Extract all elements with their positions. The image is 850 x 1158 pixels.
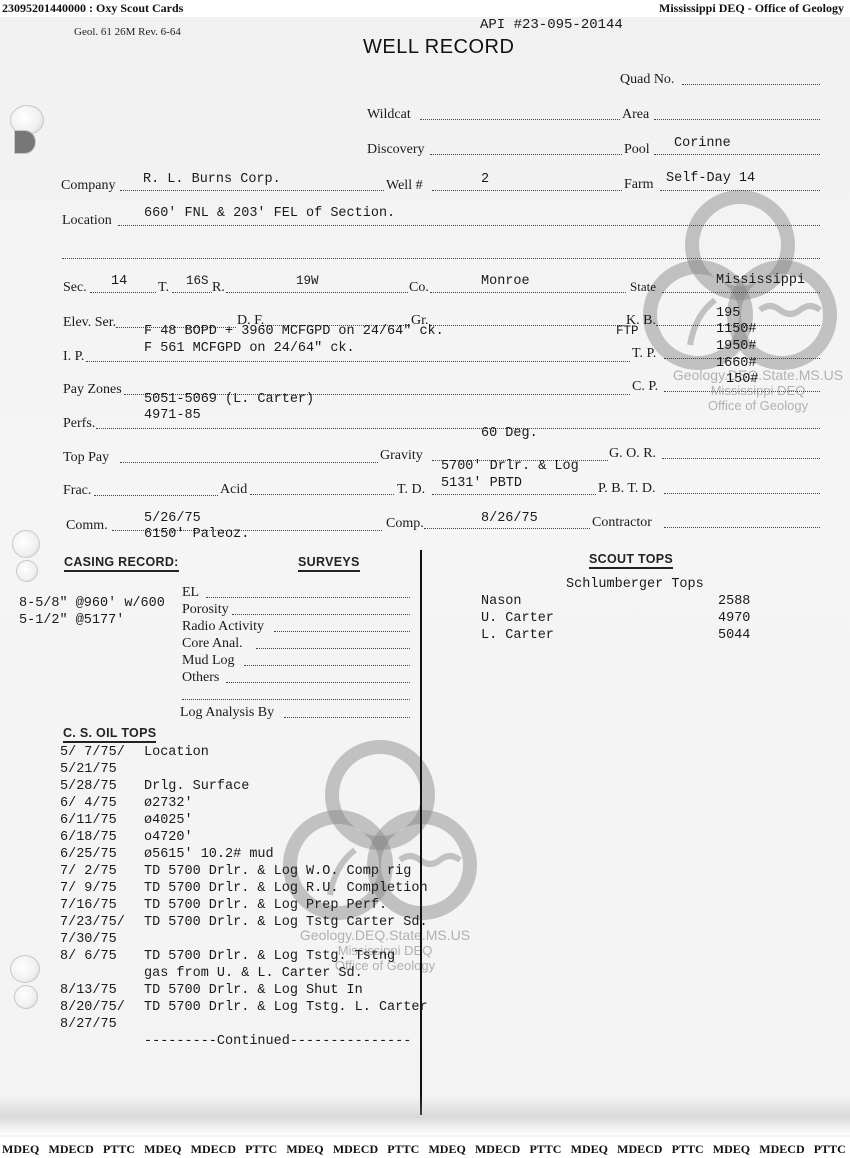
- discovery-field[interactable]: [430, 154, 622, 155]
- footer-item: MDECD: [49, 1140, 94, 1158]
- footer-item: PTTC: [245, 1140, 277, 1158]
- footer-item: MDECD: [475, 1140, 520, 1158]
- oil-top-date: 7/ 2/75: [60, 864, 144, 879]
- acid-field[interactable]: [250, 494, 394, 495]
- scout-top-name: Nason: [481, 594, 522, 609]
- oil-top-row: 5/21/75: [60, 762, 144, 777]
- casing-line-2: 5-1/2" @5177': [19, 613, 124, 628]
- oil-top-date: 5/ 7/75/: [60, 745, 144, 760]
- comm-label: Comm.: [66, 518, 108, 534]
- oil-top-row: 6/11/75ø4025': [60, 813, 193, 828]
- well-number-label: Well #: [386, 178, 423, 194]
- oil-top-text: gas from U. & L. Carter Sd.: [144, 966, 363, 981]
- gravity-value: 60 Deg.: [481, 426, 538, 441]
- survey-porosity-field[interactable]: [232, 614, 410, 615]
- oil-top-row: 8/20/75/TD 5700 Drlr. & Log Tstg. L. Car…: [60, 1000, 428, 1015]
- td-label: T. D.: [397, 482, 425, 498]
- survey-porosity-label: Porosity: [182, 602, 229, 618]
- state-field[interactable]: [662, 292, 820, 293]
- continued-marker: ---------Continued---------------: [144, 1034, 411, 1049]
- oil-top-text: ø2732': [144, 796, 193, 811]
- ftp-label: FTP: [616, 324, 639, 338]
- footer-item: PTTC: [387, 1140, 419, 1158]
- survey-mud-log-field[interactable]: [244, 665, 410, 666]
- torn-paper-edge: [0, 1095, 850, 1135]
- td-value-line-2: 5131' PBTD: [441, 476, 522, 491]
- footer-item: PTTC: [103, 1140, 135, 1158]
- footer-item: MDEQ: [428, 1140, 465, 1158]
- comp-field[interactable]: [424, 528, 590, 529]
- oil-top-date: 6/11/75: [60, 813, 144, 828]
- gor-label: G. O. R.: [609, 446, 656, 462]
- comm-value: 5/26/75: [144, 511, 201, 526]
- survey-radio-activity-field[interactable]: [274, 631, 410, 632]
- oil-top-text: Location: [144, 745, 209, 760]
- scout-top-depth: 2588: [718, 594, 750, 609]
- survey-others-label: Others: [182, 670, 219, 686]
- discovery-label: Discovery: [367, 142, 425, 158]
- scout-top-name: L. Carter: [481, 628, 554, 643]
- footer-item: MDECD: [333, 1140, 378, 1158]
- survey-radio-activity-label: Radio Activity: [182, 619, 264, 635]
- county-value: Monroe: [481, 274, 530, 289]
- kb-value: 195: [716, 306, 740, 321]
- oil-top-text: TD 5700 Drlr. & Log Tstg Carter Sd.: [144, 915, 428, 930]
- farm-label: Farm: [624, 177, 654, 193]
- location-label: Location: [62, 213, 112, 229]
- pbtd-field[interactable]: [664, 493, 820, 494]
- page-footer: MDEQ MDECD PTTC MDEQ MDECD PTTC MDEQ MDE…: [0, 1140, 850, 1158]
- column-divider: [420, 550, 422, 1115]
- contractor-label: Contractor: [592, 515, 652, 531]
- ip-label: I. P.: [63, 349, 84, 365]
- frac-field[interactable]: [94, 495, 218, 496]
- scout-top-depth: 5044: [718, 628, 750, 643]
- survey-blank-field[interactable]: [182, 699, 410, 700]
- cp-label: C. P.: [632, 379, 658, 395]
- oil-top-date: 7/ 9/75: [60, 881, 144, 896]
- oil-top-date: 6/ 4/75: [60, 796, 144, 811]
- oil-top-row: 6/ 4/75ø2732': [60, 796, 193, 811]
- acid-label: Acid: [220, 482, 247, 498]
- top-pay-field[interactable]: [120, 462, 378, 463]
- agency-title: Mississippi DEQ - Office of Geology: [659, 0, 844, 17]
- farm-field[interactable]: [660, 190, 820, 191]
- surveys-heading: SURVEYS: [298, 555, 360, 572]
- oil-top-text: TD 5700 Drlr. & Log Tstg. Tstng: [144, 949, 395, 964]
- survey-el-label: EL: [182, 585, 199, 601]
- page-header: 23095201440000 : Oxy Scout Cards Mississ…: [0, 0, 850, 17]
- oil-top-text: ø4025': [144, 813, 193, 828]
- pbtd-label: P. B. T. D.: [598, 481, 655, 497]
- state-label: State: [630, 279, 656, 295]
- api-number: API #23-095-20144: [480, 17, 623, 33]
- survey-core-anal-field[interactable]: [256, 648, 410, 649]
- oil-top-text: ø5615' 10.2# mud: [144, 847, 274, 862]
- punch-hole-icon: [14, 985, 38, 1009]
- footer-item: MDECD: [759, 1140, 804, 1158]
- tp-label: T. P.: [632, 346, 656, 362]
- top-pay-label: Top Pay: [63, 450, 109, 466]
- oil-top-text: o4720': [144, 830, 193, 845]
- oil-top-date: 5/21/75: [60, 762, 144, 777]
- well-number-value: 2: [481, 172, 489, 187]
- location-field-line-2[interactable]: [62, 258, 820, 259]
- ip-value-line-1: F 48 BOPD + 3960 MCFGPD on 24/64" ck.: [144, 324, 444, 339]
- cp-extra-value: 1660#: [716, 356, 757, 371]
- oil-top-row: 8/ 6/75TD 5700 Drlr. & Log Tstg. Tstng: [60, 949, 395, 964]
- oil-top-row: 7/16/75TD 5700 Drlr. & Log Prep Perf.: [60, 898, 387, 913]
- footer-item: PTTC: [529, 1140, 561, 1158]
- oil-top-date: 6/18/75: [60, 830, 144, 845]
- form-number: Geol. 61 26M Rev. 6-64: [74, 26, 181, 38]
- oil-top-row: 7/ 9/75TD 5700 Drlr. & Log R.U. Completi…: [60, 881, 428, 896]
- casing-record-heading: CASING RECORD:: [64, 555, 179, 572]
- pool-field[interactable]: [654, 154, 820, 155]
- cp-value: 150#: [726, 372, 758, 387]
- footer-item: MDEQ: [144, 1140, 181, 1158]
- frac-label: Frac.: [63, 483, 91, 499]
- oil-top-row: 5/28/75Drlg. Surface: [60, 779, 249, 794]
- footer-item: MDECD: [617, 1140, 662, 1158]
- oil-tops-heading: C. S. OIL TOPS: [63, 726, 156, 743]
- well-number-field[interactable]: [432, 190, 622, 191]
- td-field[interactable]: [432, 494, 596, 495]
- punch-hole-icon: [10, 955, 40, 983]
- gor-field[interactable]: [662, 458, 820, 459]
- survey-el-field[interactable]: [206, 597, 410, 598]
- area-field[interactable]: [654, 119, 820, 120]
- pool-label: Pool: [624, 142, 650, 158]
- survey-core-anal-label: Core Anal.: [182, 636, 243, 652]
- state-value: Mississippi: [716, 273, 805, 288]
- oil-top-row: 7/30/75: [60, 932, 144, 947]
- cp-field[interactable]: [664, 391, 820, 392]
- township-value: 16S: [186, 274, 209, 288]
- oil-top-date: 7/30/75: [60, 932, 144, 947]
- document-id-title: 23095201440000 : Oxy Scout Cards: [2, 0, 183, 17]
- footer-item: MDECD: [191, 1140, 236, 1158]
- oil-top-row: gas from U. & L. Carter Sd.: [60, 966, 363, 981]
- company-value: R. L. Burns Corp.: [143, 172, 281, 187]
- footer-item: MDEQ: [713, 1140, 750, 1158]
- scout-tops-subheading: Schlumberger Tops: [566, 577, 704, 592]
- casing-line-1: 8-5/8" @960' w/600: [19, 596, 165, 611]
- survey-others-field[interactable]: [226, 682, 410, 683]
- section-label: Sec.: [63, 280, 87, 296]
- page-title: WELL RECORD: [363, 36, 514, 59]
- comm-extra-value: 6150' Paleoz.: [144, 527, 249, 542]
- county-label: Co.: [409, 280, 429, 296]
- oil-top-row: 7/23/75/TD 5700 Drlr. & Log Tstg Carter …: [60, 915, 428, 930]
- oil-top-date: 7/23/75/: [60, 915, 144, 930]
- punch-hole-icon: [14, 130, 36, 154]
- td-value-line-1: 5700' Drlr. & Log: [441, 459, 579, 474]
- comp-value: 8/26/75: [481, 511, 538, 526]
- footer-item: PTTC: [672, 1140, 704, 1158]
- township-label: T.: [158, 280, 169, 296]
- ftp-value: 1150#: [716, 322, 757, 337]
- township-field[interactable]: [172, 292, 212, 293]
- company-field[interactable]: [120, 190, 384, 191]
- oil-top-text: TD 5700 Drlr. & Log R.U. Completion: [144, 881, 428, 896]
- oil-top-text: Drlg. Surface: [144, 779, 249, 794]
- location-value: 660' FNL & 203' FEL of Section.: [144, 206, 395, 221]
- perfs-value: 4971-85: [144, 408, 201, 423]
- oil-top-date: 8/13/75: [60, 983, 144, 998]
- company-label: Company: [61, 178, 115, 194]
- oil-top-row: 5/ 7/75/Location: [60, 745, 209, 760]
- oil-top-date: 6/25/75: [60, 847, 144, 862]
- survey-mud-log-label: Mud Log: [182, 653, 235, 669]
- oil-top-date: 8/ 6/75: [60, 949, 144, 964]
- contractor-field[interactable]: [664, 527, 820, 528]
- log-analysis-by-label: Log Analysis By: [180, 705, 274, 721]
- ip-value-line-2: F 561 MCFGPD on 24/64" ck.: [144, 341, 355, 356]
- pay-zones-value: 5051-5069 (L. Carter): [144, 392, 314, 407]
- pay-zones-label: Pay Zones: [63, 382, 122, 398]
- area-label: Area: [622, 107, 649, 123]
- oil-top-text: TD 5700 Drlr. & Log Shut In: [144, 983, 363, 998]
- footer-item: PTTC: [814, 1140, 846, 1158]
- log-analysis-by-field[interactable]: [284, 717, 410, 718]
- scout-tops-heading: SCOUT TOPS: [589, 552, 673, 569]
- footer-item: MDEQ: [571, 1140, 608, 1158]
- oil-top-text: TD 5700 Drlr. & Log Prep Perf.: [144, 898, 387, 913]
- oil-top-text: TD 5700 Drlr. & Log W.O. Comp rig: [144, 864, 411, 879]
- perfs-label: Perfs.: [63, 416, 95, 432]
- quad-no-field[interactable]: [682, 84, 820, 85]
- farm-value: Self-Day 14: [666, 171, 755, 186]
- punch-hole-icon: [12, 530, 40, 558]
- gravity-label: Gravity: [380, 448, 423, 464]
- pool-value: Corinne: [674, 136, 731, 151]
- wildcat-field[interactable]: [420, 119, 620, 120]
- range-label: R.: [212, 280, 225, 296]
- tp-value: 1950#: [716, 339, 757, 354]
- section-field[interactable]: [90, 292, 156, 293]
- comp-label: Comp.: [386, 516, 424, 532]
- county-field[interactable]: [430, 292, 626, 293]
- oil-top-row: 8/13/75TD 5700 Drlr. & Log Shut In: [60, 983, 363, 998]
- oil-top-row: 8/27/75: [60, 1017, 144, 1032]
- oil-top-date: 7/16/75: [60, 898, 144, 913]
- footer-item: MDEQ: [286, 1140, 323, 1158]
- footer-item: MDEQ: [2, 1140, 39, 1158]
- scout-top-depth: 4970: [718, 611, 750, 626]
- range-value: 19W: [296, 274, 319, 288]
- oil-top-date: 8/20/75/: [60, 1000, 144, 1015]
- range-field[interactable]: [226, 292, 408, 293]
- oil-top-row: 6/25/75ø5615' 10.2# mud: [60, 847, 274, 862]
- ip-field[interactable]: [86, 361, 630, 362]
- oil-top-row: 7/ 2/75TD 5700 Drlr. & Log W.O. Comp rig: [60, 864, 411, 879]
- perfs-field[interactable]: [96, 428, 820, 429]
- oil-top-date: 8/27/75: [60, 1017, 144, 1032]
- wildcat-label: Wildcat: [367, 107, 411, 123]
- scout-top-name: U. Carter: [481, 611, 554, 626]
- oil-top-date: 5/28/75: [60, 779, 144, 794]
- punch-hole-icon: [16, 560, 38, 582]
- gr-field[interactable]: [430, 325, 624, 326]
- oil-top-row: 6/18/75o4720': [60, 830, 193, 845]
- location-field[interactable]: [118, 225, 820, 226]
- quad-no-label: Quad No.: [620, 72, 674, 88]
- elev-ser-label: Elev. Ser.: [63, 315, 116, 331]
- oil-top-text: TD 5700 Drlr. & Log Tstg. L. Carter: [144, 1000, 428, 1015]
- section-value: 14: [111, 274, 127, 289]
